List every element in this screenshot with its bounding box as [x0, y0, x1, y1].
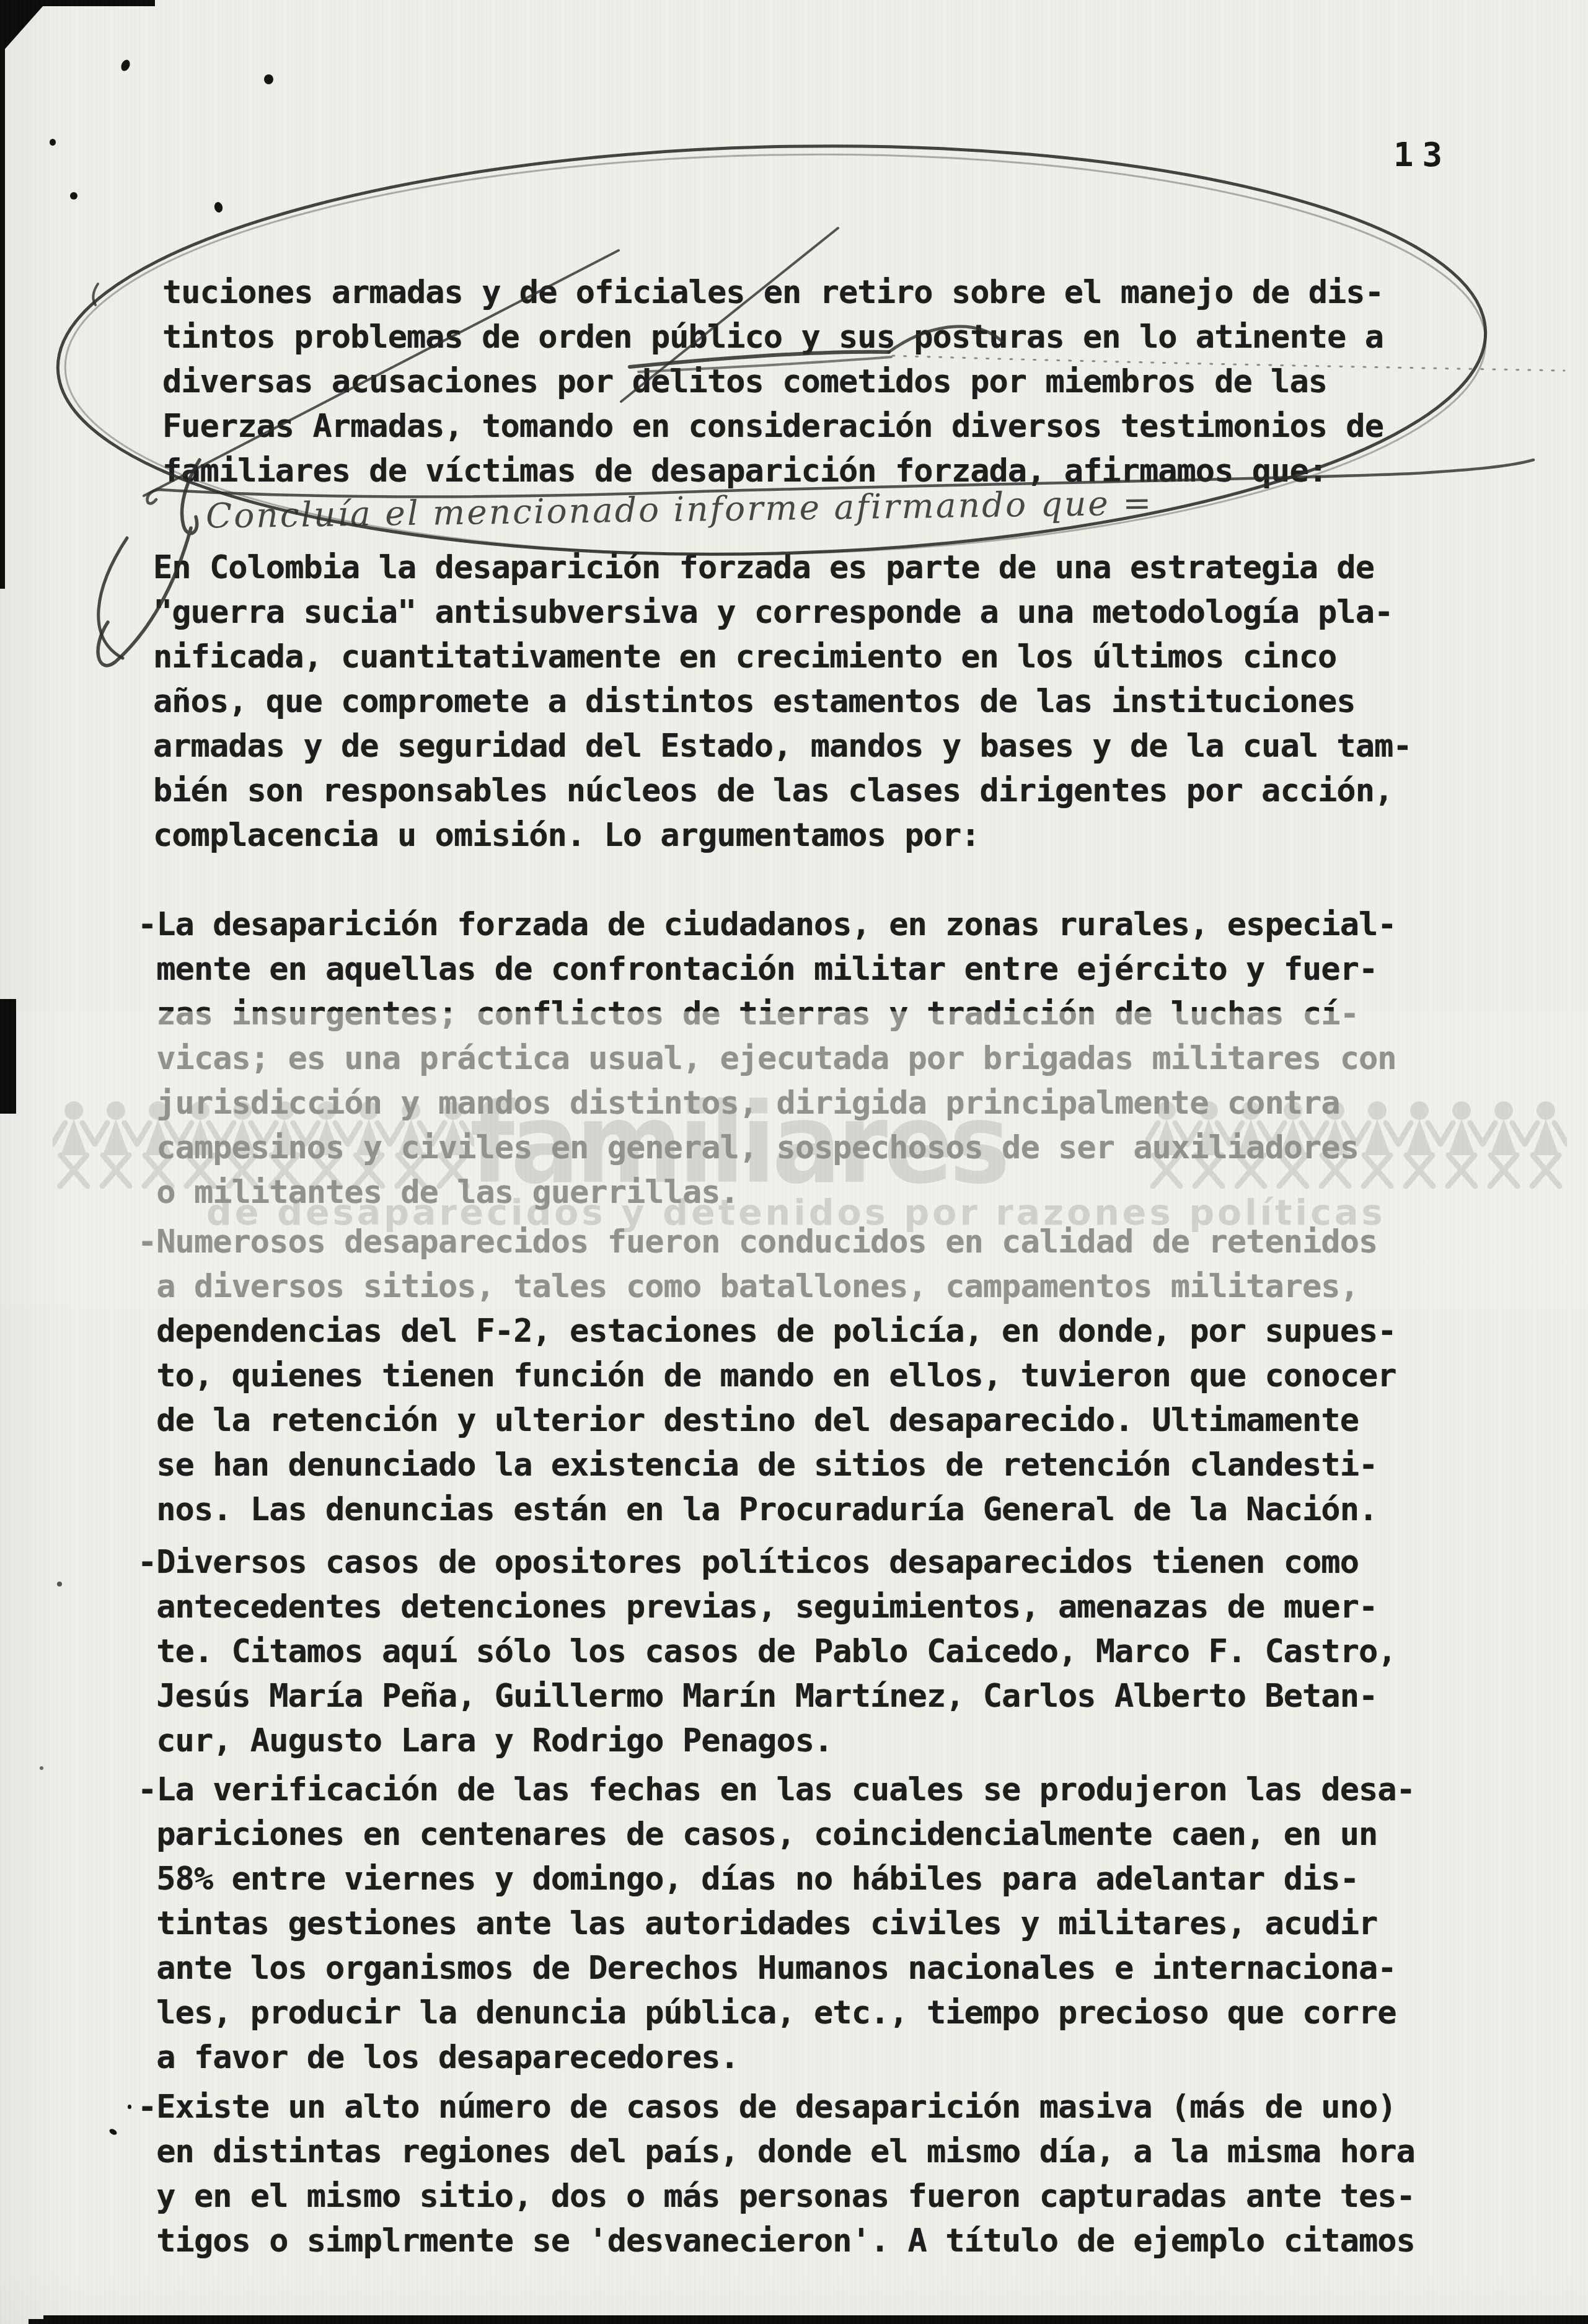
pen-ellipse-tail [99, 538, 127, 658]
ink-speck [40, 1766, 43, 1770]
pen-diagonal-stroke-1 [144, 250, 619, 496]
pen-ellipse-annotation [53, 128, 1491, 572]
pen-diagonal-stroke-2 [621, 228, 838, 402]
scan-edge-bottom-stub [29, 2319, 43, 2324]
scan-edge-corner [0, 0, 48, 55]
scanned-document-page: familiares de desaparecidos y detenidos … [0, 0, 1588, 2324]
ink-speck [57, 1582, 62, 1587]
scan-edge-bottom [43, 2315, 1588, 2324]
pen-annotation-layer [0, 0, 1588, 2324]
ink-speck [70, 192, 77, 200]
scan-edge-left [0, 0, 5, 589]
scan-edge-left-lower [0, 999, 16, 1114]
ink-speck [50, 139, 56, 146]
scan-edge-top [0, 0, 155, 6]
ink-speck [264, 74, 273, 84]
ink-speck [128, 2105, 131, 2109]
pen-faint-extension [893, 356, 1564, 371]
pen-strike-arc [889, 327, 1002, 352]
